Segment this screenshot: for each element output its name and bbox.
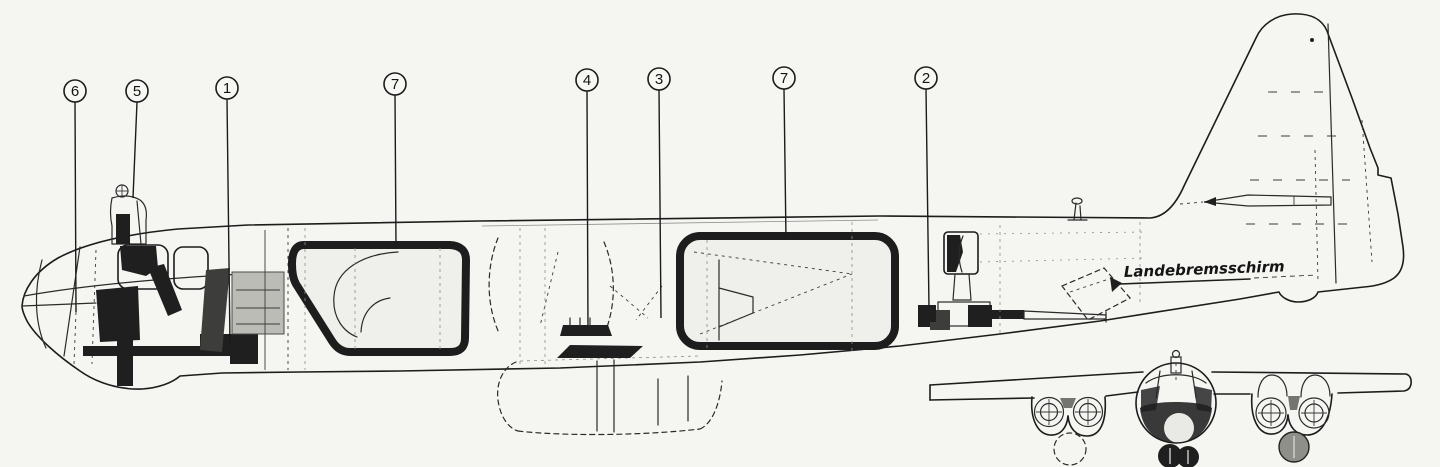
aircraft-cutaway-svg: Landebremsschirm 65174372	[0, 0, 1440, 467]
callout-number: 3	[655, 71, 663, 88]
callout-4: 4	[576, 69, 598, 330]
callout-2: 2	[915, 67, 937, 308]
callout-5: 5	[126, 80, 148, 198]
front-view	[930, 351, 1411, 467]
callout-number: 6	[71, 83, 79, 100]
periscope	[111, 185, 147, 244]
tailplane	[1180, 195, 1331, 206]
front-left-wheel	[1054, 433, 1086, 465]
callout-number: 4	[583, 72, 591, 89]
scanned-diagram-page: Landebremsschirm 65174372	[0, 0, 1440, 467]
callout-number: 5	[133, 83, 141, 100]
leader-line	[587, 91, 588, 330]
brake-parachute-label: Landebremsschirm	[1124, 257, 1285, 281]
front-right-nacelles	[1252, 375, 1332, 462]
callout-number: 7	[780, 70, 788, 87]
callout-number: 1	[223, 80, 231, 97]
front-fuselage	[1136, 351, 1216, 467]
callout-number: 2	[922, 70, 930, 87]
cockpit-equipment	[83, 228, 288, 386]
fin-structure	[980, 24, 1372, 283]
callout-number: 7	[391, 76, 399, 93]
front-left-nacelles	[1032, 397, 1106, 465]
callout-7: 7	[773, 67, 795, 240]
leader-line	[395, 95, 396, 247]
landing-gear-bay	[489, 238, 662, 336]
engine-nacelle-dashed	[498, 345, 722, 435]
fuel-tank-front	[292, 245, 466, 352]
callout-3: 3	[648, 68, 670, 318]
brake-parachute-mechanism	[918, 232, 1106, 330]
callout-7: 7	[384, 73, 406, 247]
leader-line	[659, 90, 661, 318]
gear-door-panel	[557, 345, 643, 358]
leader-line	[227, 99, 230, 344]
leader-line	[926, 89, 929, 308]
front-view-wings	[930, 372, 1411, 400]
fuel-tank-rear	[680, 236, 895, 346]
leader-line	[75, 102, 76, 312]
leader-line	[133, 102, 137, 198]
